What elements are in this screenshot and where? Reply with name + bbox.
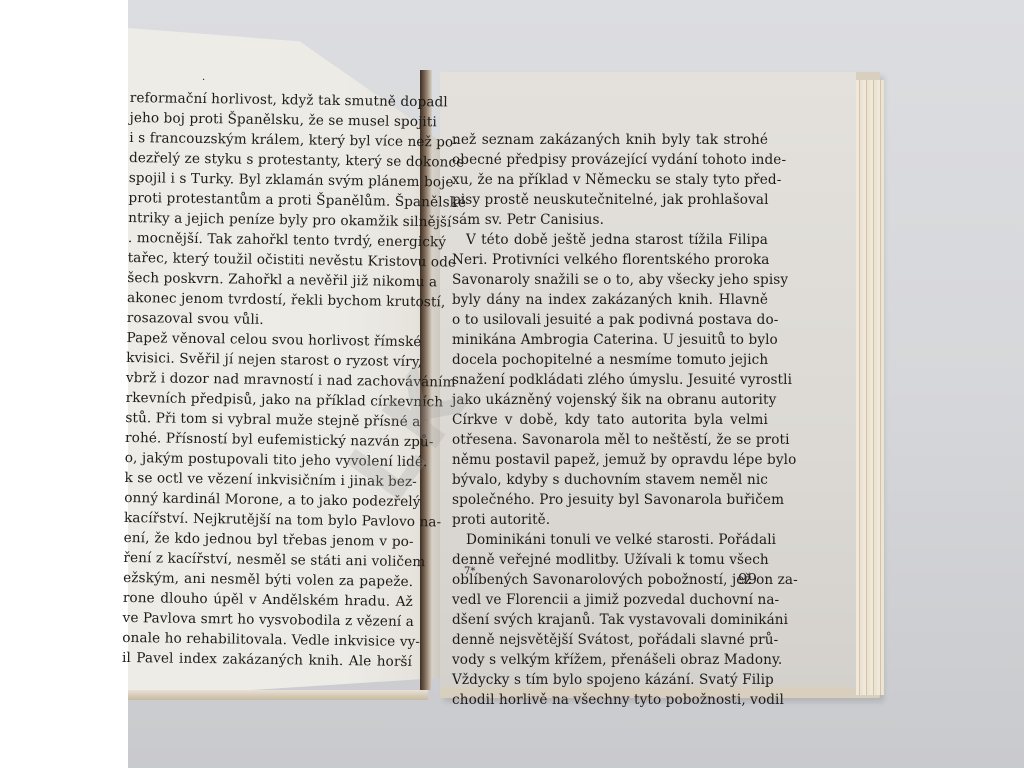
text-line: denně veřejné modlitby. Užívali k tomu v… [452, 550, 768, 570]
text-line: minikána Ambrogia Caterina. U jesuitů to… [452, 330, 768, 350]
text-line: sám sv. Petr Canisius. [452, 210, 768, 230]
text-line: pisy prostě neuskutečnitelné, jak prohla… [452, 190, 768, 210]
text-line: vedl ve Florencii a jimiž pozvedal ducho… [452, 590, 768, 610]
left-page-top-mark: · [202, 75, 205, 86]
text-line: dšení svých krajanů. Tak vystavovali dom… [452, 610, 768, 630]
text-line: proti autoritě. [452, 510, 768, 530]
text-line: Neri. Protivníci velkého florentského pr… [452, 250, 768, 270]
text-line: il Pavel index zakázaných knih. Ale horš… [122, 648, 412, 672]
text-line: Vždycky s tím bylo spojeno kázání. Svatý… [452, 670, 768, 690]
text-line: společného. Pro jesuity byl Savonarola b… [452, 490, 768, 510]
text-line: oblíbených Savonarolových pobožností, je… [452, 570, 768, 590]
text-line: Savonaroly snažili se o to, aby všecky j… [452, 270, 768, 290]
text-line: Dominikáni tonuli ve velké starosti. Poř… [452, 530, 768, 550]
text-line: vody s velkým křížem, přenášeli obraz Ma… [452, 650, 768, 670]
text-line: němu postavil papež, jemuž by opravdu lé… [452, 450, 768, 470]
text-line: snažení podkládati zlého úmyslu. Jesuité… [452, 370, 768, 390]
page-number: 99 [738, 570, 757, 588]
text-line: V této době ještě jedna starost tížila F… [452, 230, 768, 250]
left-page-text: reformační horlivost, když tak smutně do… [122, 88, 420, 672]
text-line: xu, že na příklad v Německu se staly tyt… [452, 170, 768, 190]
text-line: jako ukázněný vojenský šik na obranu aut… [452, 390, 768, 410]
text-line: o to usilovali jesuité a pak podivná pos… [452, 310, 768, 330]
text-line: bývalo, kdyby s duchovním stavem neměl n… [452, 470, 768, 490]
signature-mark: 7* [464, 566, 475, 577]
text-line: Církve v době, kdy tato autorita byla ve… [452, 410, 768, 430]
text-line: byly dány na index zakázaných knih. Hlav… [452, 290, 768, 310]
white-margin [0, 0, 128, 768]
text-line: než seznam zakázaných knih byly tak stro… [452, 130, 768, 150]
text-line: otřesena. Savonarola měl to neštěstí, že… [452, 430, 768, 450]
right-page-text: než seznam zakázaných knih byly tak stro… [452, 130, 768, 710]
text-line: chodil horlivě na všechny tyto pobožnost… [452, 690, 768, 710]
left-page-bottom-edge [128, 690, 428, 700]
page-edges [856, 80, 884, 695]
text-line: obecné předpisy provázející vydání tohot… [452, 150, 768, 170]
text-line: docela pochopitelné a nesmíme tomuto jej… [452, 350, 768, 370]
text-line: denně nejsvětější Svátost, pořádali slav… [452, 630, 768, 650]
